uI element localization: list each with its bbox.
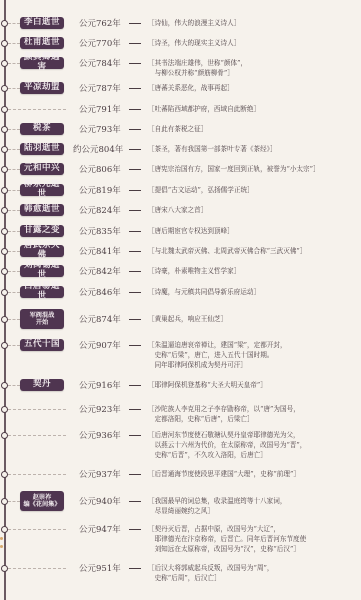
event-year: 公元793年 bbox=[79, 123, 121, 135]
description-line: ［我国最早的词总集，收录温庭筠等十八家词， bbox=[148, 496, 358, 506]
event-description: ［诗圣，伟大的现实主义诗人］ bbox=[148, 38, 358, 48]
dashed-connector bbox=[8, 88, 20, 89]
event-year: 约公元804年 bbox=[73, 143, 123, 155]
event-description: ［吐蕃陷西域都护府，西域自此断绝］ bbox=[148, 104, 358, 114]
description-line: ［黄巢起兵，响应王仙芝］ bbox=[148, 314, 358, 324]
timeline-node-icon bbox=[1, 342, 8, 349]
event-year: 公元784年 bbox=[79, 57, 121, 69]
timeline-node-icon bbox=[1, 187, 8, 194]
event-label-line: 编《花间集》 bbox=[23, 501, 60, 508]
dashed-connector bbox=[8, 385, 20, 386]
event-description: ［唐宪宗治国有方，国家一度回到正轨，被誉为“小太宗”］ bbox=[148, 164, 358, 174]
event-label: 陆羽逝世 bbox=[20, 143, 64, 155]
event-year: 公元936年 bbox=[79, 429, 121, 441]
event-year: 公元842年 bbox=[79, 265, 121, 277]
event-description: ［唐后期宦官专权达到顶峰］ bbox=[148, 226, 358, 236]
event-description: ［诗仙，伟大的浪漫主义诗人］ bbox=[148, 18, 358, 28]
description-line: ［后唐河东节度使石敬瑭认契丹皇帝耶律德光为父， bbox=[148, 430, 358, 440]
description-line: ［与北魏太武帝灭佛、北周武帝灭佛合称“三武灭佛”］ bbox=[148, 246, 358, 256]
description-line: ［自此有茶税之征］ bbox=[148, 124, 358, 134]
description-line: ［茶圣，著有我国第一部茶叶专著《茶经》］ bbox=[148, 144, 358, 154]
event-description: ［与北魏太武帝灭佛、北周武帝灭佛合称“三武灭佛”］ bbox=[148, 246, 358, 256]
event-description: ［后晋通海节度使段思平建国“大理”，史称“前理”］ bbox=[148, 469, 358, 479]
event-label: 颜真卿遇害 bbox=[20, 57, 64, 69]
em-dash-connector bbox=[129, 409, 141, 410]
event-year: 公元947年 bbox=[79, 523, 121, 535]
timeline-node-icon bbox=[1, 106, 8, 113]
description-line: 定都洛阳，史称“后唐”，后梁亡］ bbox=[148, 414, 358, 424]
event-year: 公元923年 bbox=[79, 403, 121, 415]
em-dash-connector bbox=[129, 43, 141, 44]
dashed-connector bbox=[8, 109, 66, 110]
dashed-connector bbox=[8, 271, 20, 272]
description-line: ［契丹灭后晋，占据中原，改国号为“大辽”， bbox=[148, 524, 358, 534]
em-dash-connector bbox=[129, 109, 141, 110]
dashed-connector bbox=[8, 435, 66, 436]
timeline-node-icon bbox=[1, 316, 8, 323]
event-label: 白居易逝世 bbox=[20, 286, 64, 298]
description-line: ［诗魔，与元稹共同倡导新乐府运动］ bbox=[148, 287, 358, 297]
dashed-connector bbox=[8, 210, 20, 211]
decorative-dot bbox=[0, 537, 3, 540]
timeline-node-icon bbox=[1, 20, 8, 27]
dashed-connector bbox=[8, 190, 20, 191]
dashed-connector bbox=[8, 529, 66, 530]
event-description: ［自此有茶税之征］ bbox=[148, 124, 358, 134]
em-dash-connector bbox=[129, 345, 141, 346]
event-year: 公元806年 bbox=[79, 163, 121, 175]
event-label: 唐武宗灭佛 bbox=[20, 245, 64, 257]
event-year: 公元846年 bbox=[79, 286, 121, 298]
event-label: 韩愈逝世 bbox=[20, 204, 64, 216]
event-description: ［耶律阿保机登基称“大圣大明天皇帝”］ bbox=[148, 380, 358, 390]
event-label-line: 赵崇祚 bbox=[23, 494, 60, 501]
dashed-connector bbox=[8, 129, 20, 130]
description-line: ［朱温逼迫唐哀帝禅让，建国“梁”，定都开封， bbox=[148, 340, 358, 350]
description-line: ［诗圣，伟大的现实主义诗人］ bbox=[148, 38, 358, 48]
description-line: ［其书法端庄雄伟，世称“颜体”， bbox=[148, 58, 358, 68]
timeline-node-icon bbox=[1, 382, 8, 389]
dashed-connector bbox=[8, 169, 20, 170]
description-line: ［唐宋八大家之首］ bbox=[148, 205, 358, 215]
em-dash-connector bbox=[129, 210, 141, 211]
event-year: 公元791年 bbox=[79, 103, 121, 115]
description-line: 尽显绮丽婉约之风］ bbox=[148, 506, 358, 516]
em-dash-connector bbox=[129, 271, 141, 272]
event-label: 元和中兴 bbox=[20, 163, 64, 175]
description-line: 史称“后周”，后汉亡］ bbox=[148, 573, 358, 583]
event-label: 军阀混战开始 bbox=[20, 309, 64, 329]
event-year: 公元937年 bbox=[79, 468, 121, 480]
event-description: ［朱温逼迫唐哀帝禅让，建国“梁”，定都开封， 史称“后梁”，唐亡，进入五代十国时… bbox=[148, 340, 358, 370]
event-description: ［黄巢起兵，响应王仙芝］ bbox=[148, 314, 358, 324]
event-year: 公元787年 bbox=[79, 82, 121, 94]
description-line: ［唐宪宗治国有方，国家一度回到正轨，被誉为“小太宗”］ bbox=[148, 164, 358, 174]
description-line: 同年耶律阿保机成为契丹可汗］ bbox=[148, 360, 358, 370]
em-dash-connector bbox=[129, 23, 141, 24]
event-description: ［后唐河东节度使石敬瑭认契丹皇帝耶律德光为父， 以燕云十六州为代价，在太原称帝，… bbox=[148, 430, 358, 460]
dashed-connector bbox=[8, 319, 20, 320]
event-description: ［沙陀族人李克用之子李存勖称帝，以“唐”为国号， 定都洛阳，史称“后唐”，后梁亡… bbox=[148, 404, 358, 424]
dashed-connector bbox=[8, 23, 20, 24]
event-description: ［契丹灭后晋，占据中原，改国号为“大辽”， 耶律德光在汴京称帝，后晋亡。同年后晋… bbox=[148, 524, 358, 554]
event-year: 公元916年 bbox=[79, 379, 121, 391]
event-description: ［提倡“古文运动”，弘扬儒学正统］ bbox=[148, 185, 358, 195]
event-year: 公元951年 bbox=[79, 562, 121, 574]
event-label: 柳宗元逝世 bbox=[20, 184, 64, 196]
event-label: 五代十国 bbox=[20, 339, 64, 351]
description-line: ［诗仙，伟大的浪漫主义诗人］ bbox=[148, 18, 358, 28]
event-description: ［诗魔，与元稹共同倡导新乐府运动］ bbox=[148, 287, 358, 297]
description-line: ［沙陀族人李克用之子李存勖称帝，以“唐”为国号， bbox=[148, 404, 358, 414]
event-label-line: 开始 bbox=[30, 319, 55, 326]
description-line: ［吐蕃陷西域都护府，西域自此断绝］ bbox=[148, 104, 358, 114]
event-label: 赵崇祚编《花间集》 bbox=[20, 491, 64, 511]
dashed-connector bbox=[8, 501, 20, 502]
description-line: 刘知远在太原称帝，改国号为“汉”，史称“后汉”］ bbox=[148, 544, 358, 554]
timeline-node-icon bbox=[1, 565, 8, 572]
description-line: ［耶律阿保机登基称“大圣大明天皇帝”］ bbox=[148, 380, 358, 390]
description-line: 耶律德光在汴京称帝，后晋亡。同年后晋河东节度使 bbox=[148, 534, 358, 544]
em-dash-connector bbox=[129, 169, 141, 170]
em-dash-connector bbox=[129, 129, 141, 130]
timeline-node-icon bbox=[1, 406, 8, 413]
event-year: 公元874年 bbox=[79, 313, 121, 325]
timeline-node-icon bbox=[1, 60, 8, 67]
decorative-dot bbox=[0, 545, 3, 548]
timeline-node-icon bbox=[1, 207, 8, 214]
event-year: 公元770年 bbox=[79, 37, 121, 49]
dashed-connector bbox=[8, 345, 20, 346]
em-dash-connector bbox=[129, 149, 141, 150]
timeline-node-icon bbox=[1, 228, 8, 235]
event-label: 契丹 bbox=[20, 379, 64, 391]
timeline-node-icon bbox=[1, 166, 8, 173]
em-dash-connector bbox=[129, 435, 141, 436]
description-line: ［后晋通海节度使段思平建国“大理”，史称“前理”］ bbox=[148, 469, 358, 479]
event-label: 甘露之变 bbox=[20, 225, 64, 237]
event-label: 李白逝世 bbox=[20, 17, 64, 29]
em-dash-connector bbox=[129, 385, 141, 386]
em-dash-connector bbox=[129, 568, 141, 569]
dashed-connector bbox=[8, 251, 20, 252]
dashed-connector bbox=[8, 409, 66, 410]
timeline-node-icon bbox=[1, 248, 8, 255]
timeline-node-icon bbox=[1, 85, 8, 92]
description-line: ［提倡“古文运动”，弘扬儒学正统］ bbox=[148, 185, 358, 195]
event-description: ［我国最早的词总集，收录温庭筠等十八家词， 尽显绮丽婉约之风］ bbox=[148, 496, 358, 516]
description-line: ［诗豪，朴素唯物主义哲学家］ bbox=[148, 266, 358, 276]
event-description: ［茶圣，著有我国第一部茶叶专著《茶经》］ bbox=[148, 144, 358, 154]
em-dash-connector bbox=[129, 319, 141, 320]
event-label: 刘禹锡逝世 bbox=[20, 265, 64, 277]
em-dash-connector bbox=[129, 63, 141, 64]
dashed-connector bbox=[8, 63, 20, 64]
event-description: ［诗豪，朴素唯物主义哲学家］ bbox=[148, 266, 358, 276]
dashed-connector bbox=[8, 292, 20, 293]
em-dash-connector bbox=[129, 231, 141, 232]
em-dash-connector bbox=[129, 501, 141, 502]
timeline-node-icon bbox=[1, 126, 8, 133]
description-line: ［后汉大将郭威起兵反叛，改国号为“周”， bbox=[148, 563, 358, 573]
event-label: 平凉劫盟 bbox=[20, 82, 64, 94]
timeline-node-icon bbox=[1, 526, 8, 533]
timeline-node-icon bbox=[1, 432, 8, 439]
em-dash-connector bbox=[129, 190, 141, 191]
dashed-connector bbox=[8, 149, 20, 150]
event-description: ［其书法端庄雄伟，世称“颜体”， 与柳公权并称“颜筋柳骨”］ bbox=[148, 58, 358, 78]
timeline-node-icon bbox=[1, 268, 8, 275]
description-line: 与柳公权并称“颜筋柳骨”］ bbox=[148, 68, 358, 78]
timeline-node-icon bbox=[1, 498, 8, 505]
dashed-connector bbox=[8, 43, 20, 44]
description-line: 以燕云十六州为代价，在太原称帝，改国号为“晋”， bbox=[148, 440, 358, 450]
description-line: 史称“后晋”，不久攻入洛阳，后唐亡］ bbox=[148, 450, 358, 460]
em-dash-connector bbox=[129, 88, 141, 89]
event-description: ［唐宋八大家之首］ bbox=[148, 205, 358, 215]
event-year: 公元819年 bbox=[79, 184, 121, 196]
dashed-connector bbox=[8, 231, 20, 232]
timeline-node-icon bbox=[1, 289, 8, 296]
event-year: 公元907年 bbox=[79, 339, 121, 351]
event-label: 杜甫逝世 bbox=[20, 37, 64, 49]
timeline-node-icon bbox=[1, 40, 8, 47]
description-line: 史称“后梁”，唐亡，进入五代十国时期。 bbox=[148, 350, 358, 360]
event-description: ［唐蕃关系恶化，战事再起］ bbox=[148, 83, 358, 93]
em-dash-connector bbox=[129, 292, 141, 293]
event-label: 税茶 bbox=[20, 123, 64, 135]
description-line: ［唐后期宦官专权达到顶峰］ bbox=[148, 226, 358, 236]
event-description: ［后汉大将郭威起兵反叛，改国号为“周”， 史称“后周”，后汉亡］ bbox=[148, 563, 358, 583]
event-year: 公元940年 bbox=[79, 495, 121, 507]
timeline-node-icon bbox=[1, 146, 8, 153]
dashed-connector bbox=[8, 568, 66, 569]
em-dash-connector bbox=[129, 474, 141, 475]
dashed-connector bbox=[8, 474, 66, 475]
event-year: 公元762年 bbox=[79, 17, 121, 29]
em-dash-connector bbox=[129, 251, 141, 252]
timeline-node-icon bbox=[1, 471, 8, 478]
event-year: 公元824年 bbox=[79, 204, 121, 216]
event-year: 公元841年 bbox=[79, 245, 121, 257]
event-label-line: 军阀混战 bbox=[30, 312, 55, 319]
description-line: ［唐蕃关系恶化，战事再起］ bbox=[148, 83, 358, 93]
em-dash-connector bbox=[129, 529, 141, 530]
event-year: 公元835年 bbox=[79, 225, 121, 237]
